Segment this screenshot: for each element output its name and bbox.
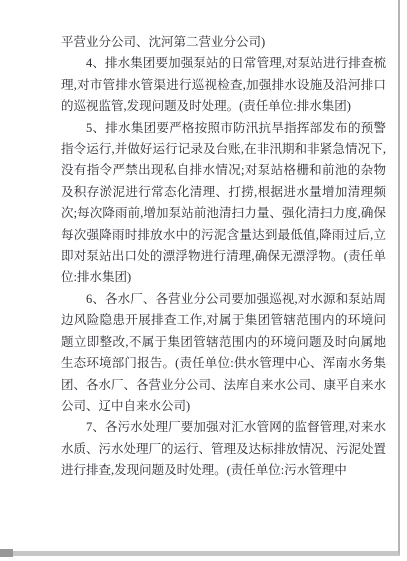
paragraph-item-7: 7、各污水处理厂要加强对汇水管网的监督管理,对来水水质、污水处理厂的运行、管理及… xyxy=(61,417,386,481)
document-page: 平营业分公司、沈河第二营业分公司) 4、排水集团要加强泵站的日常管理,对泵站进行… xyxy=(0,0,400,556)
paragraph-item-5: 5、排水集团要严格按照市防汛抗旱指挥部发布的预警指令运行,并做好运行记录及台账,… xyxy=(61,118,386,289)
page-corner-smudge xyxy=(0,549,13,557)
paragraph-item-6: 6、各水厂、各营业分公司要加强巡视,对水源和泵站周边风险隐患开展排查工作,对属于… xyxy=(61,289,386,417)
paragraph-item-4: 4、排水集团要加强泵站的日常管理,对泵站进行排查梳理,对市管排水管渠进行巡视检查… xyxy=(61,53,386,117)
paragraph-continuation: 平营业分公司、沈河第二营业分公司) xyxy=(61,32,386,53)
scanned-document-view: 平营业分公司、沈河第二营业分公司) 4、排水集团要加强泵站的日常管理,对泵站进行… xyxy=(0,0,407,561)
